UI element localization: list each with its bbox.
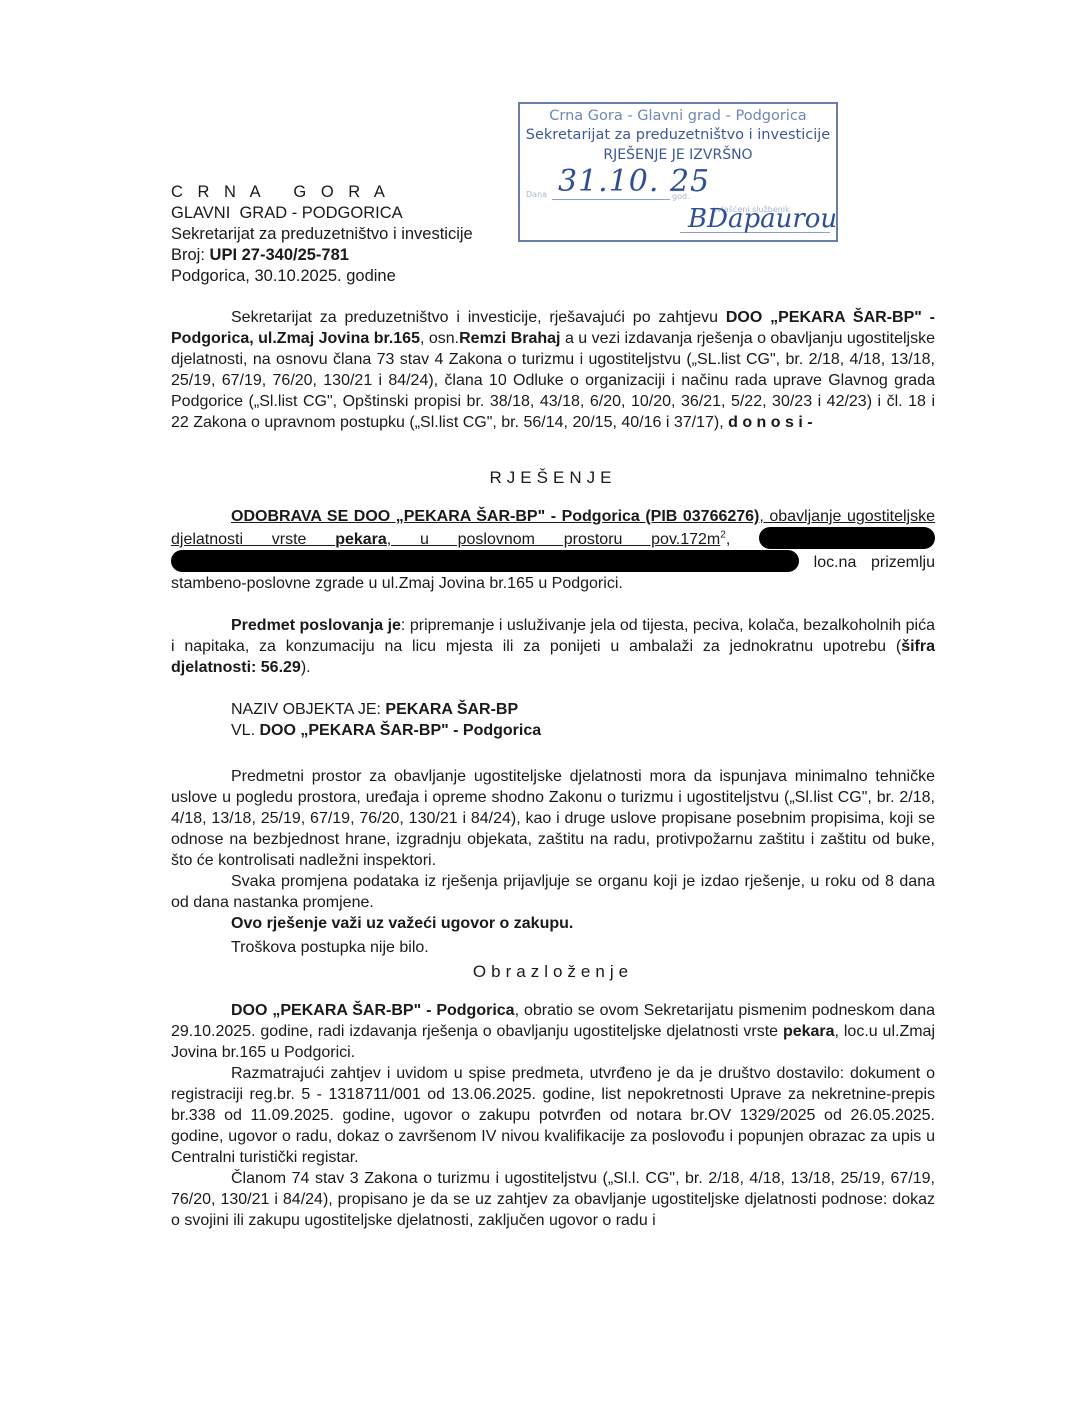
stamp-god-label: god.: [672, 192, 690, 201]
reasoning-title: Obrazloženje: [171, 962, 935, 982]
intro-text-c: , osn.: [420, 330, 459, 347]
costs-paragraph: Troškova postupka nije bilo.: [171, 937, 935, 958]
intro-paragraph: Sekretarijat za preduzetništvo i investi…: [171, 307, 935, 433]
decision-approval: ODOBRAVA SE DOO „PEKARA ŠAR-BP" - Podgor…: [231, 508, 759, 525]
decision-type: pekara: [335, 531, 387, 548]
stamp-line-1: Crna Gora - Glavni grad - Podgorica: [520, 108, 836, 124]
redaction-block: [171, 550, 799, 572]
header-country: C R N A G O R A: [171, 182, 473, 203]
intro-text-a: Sekretarijat za preduzetništvo i investi…: [231, 309, 726, 326]
intro-section: Sekretarijat za preduzetništvo i investi…: [171, 307, 935, 433]
header-number: Broj: UPI 27-340/25-781: [171, 245, 473, 266]
document-header: C R N A G O R A GLAVNI GRAD - PODGORICA …: [171, 182, 473, 287]
decision-section: ODOBRAVA SE DOO „PEKARA ŠAR-BP" - Podgor…: [171, 506, 935, 958]
document-page: Crna Gora - Glavni grad - Podgorica Sekr…: [0, 0, 1088, 1408]
changes-paragraph: Svaka promjena podataka iz rješenja prij…: [171, 871, 935, 913]
owner-line: VL. DOO „PEKARA ŠAR-BP" - Podgorica: [171, 720, 935, 741]
reasoning-type: pekara: [783, 1023, 835, 1040]
business-label: Predmet poslovanja je: [231, 617, 401, 634]
intro-donosi: d o n o s i -: [728, 414, 812, 431]
conditions-paragraph: Predmetni prostor za obavljanje ugostite…: [171, 766, 935, 871]
owner-name: DOO „PEKARA ŠAR-BP" - Podgorica: [259, 722, 541, 739]
decision-paragraph: ODOBRAVA SE DOO „PEKARA ŠAR-BP" - Podgor…: [171, 506, 935, 594]
lease-text: Ovo rješenje važi uz važeći ugovor o zak…: [231, 915, 573, 932]
lease-paragraph: Ovo rješenje važi uz važeći ugovor o zak…: [171, 913, 935, 934]
stamp-signature: BDapaurou: [688, 204, 837, 234]
object-name-label: NAZIV OBJEKTA JE:: [231, 701, 385, 718]
owner-label: VL.: [231, 722, 259, 739]
redaction-block: [759, 527, 935, 549]
reasoning-paragraph-3: Članom 74 stav 3 Zakona o turizmu i ugos…: [171, 1168, 935, 1231]
stamp-dana-label: Dana: [526, 190, 547, 199]
header-department: Sekretarijat za preduzetništvo i investi…: [171, 224, 473, 245]
header-city: GLAVNI GRAD - PODGORICA: [171, 203, 473, 224]
reasoning-paragraph-1: DOO „PEKARA ŠAR-BP" - Podgorica, obratio…: [171, 1000, 935, 1063]
intro-founder: Remzi Brahaj: [459, 330, 560, 347]
object-name-line: NAZIV OBJEKTA JE: PEKARA ŠAR-BP: [171, 699, 935, 720]
stamp-line-2: Sekretarijat za preduzetništvo i investi…: [520, 127, 836, 143]
business-end: ).: [301, 659, 311, 676]
stamp-date-line: [552, 199, 670, 200]
object-name: PEKARA ŠAR-BP: [385, 701, 518, 718]
reasoning-paragraph-2: Razmatrajući zahtjev i uvidom u spise pr…: [171, 1063, 935, 1168]
decision-text-e: ,: [726, 531, 730, 548]
header-place-date: Podgorica, 30.10.2025. godine: [171, 266, 473, 287]
decision-area: , u poslovnom prostoru pov.172m: [387, 531, 720, 548]
stamp-line-3: RJEŠENJE JE IZVRŠNO: [520, 147, 836, 163]
reasoning-applicant: DOO „PEKARA ŠAR-BP" - Podgorica: [231, 1002, 515, 1019]
reasoning-section: DOO „PEKARA ŠAR-BP" - Podgorica, obratio…: [171, 1000, 935, 1231]
header-number-value: UPI 27-340/25-781: [210, 246, 349, 264]
header-number-label: Broj:: [171, 246, 205, 264]
enforceability-stamp: Crna Gora - Glavni grad - Podgorica Sekr…: [518, 102, 838, 242]
business-paragraph: Predmet poslovanja je: pripremanje i usl…: [171, 615, 935, 678]
decision-title: RJEŠENJE: [171, 468, 935, 488]
